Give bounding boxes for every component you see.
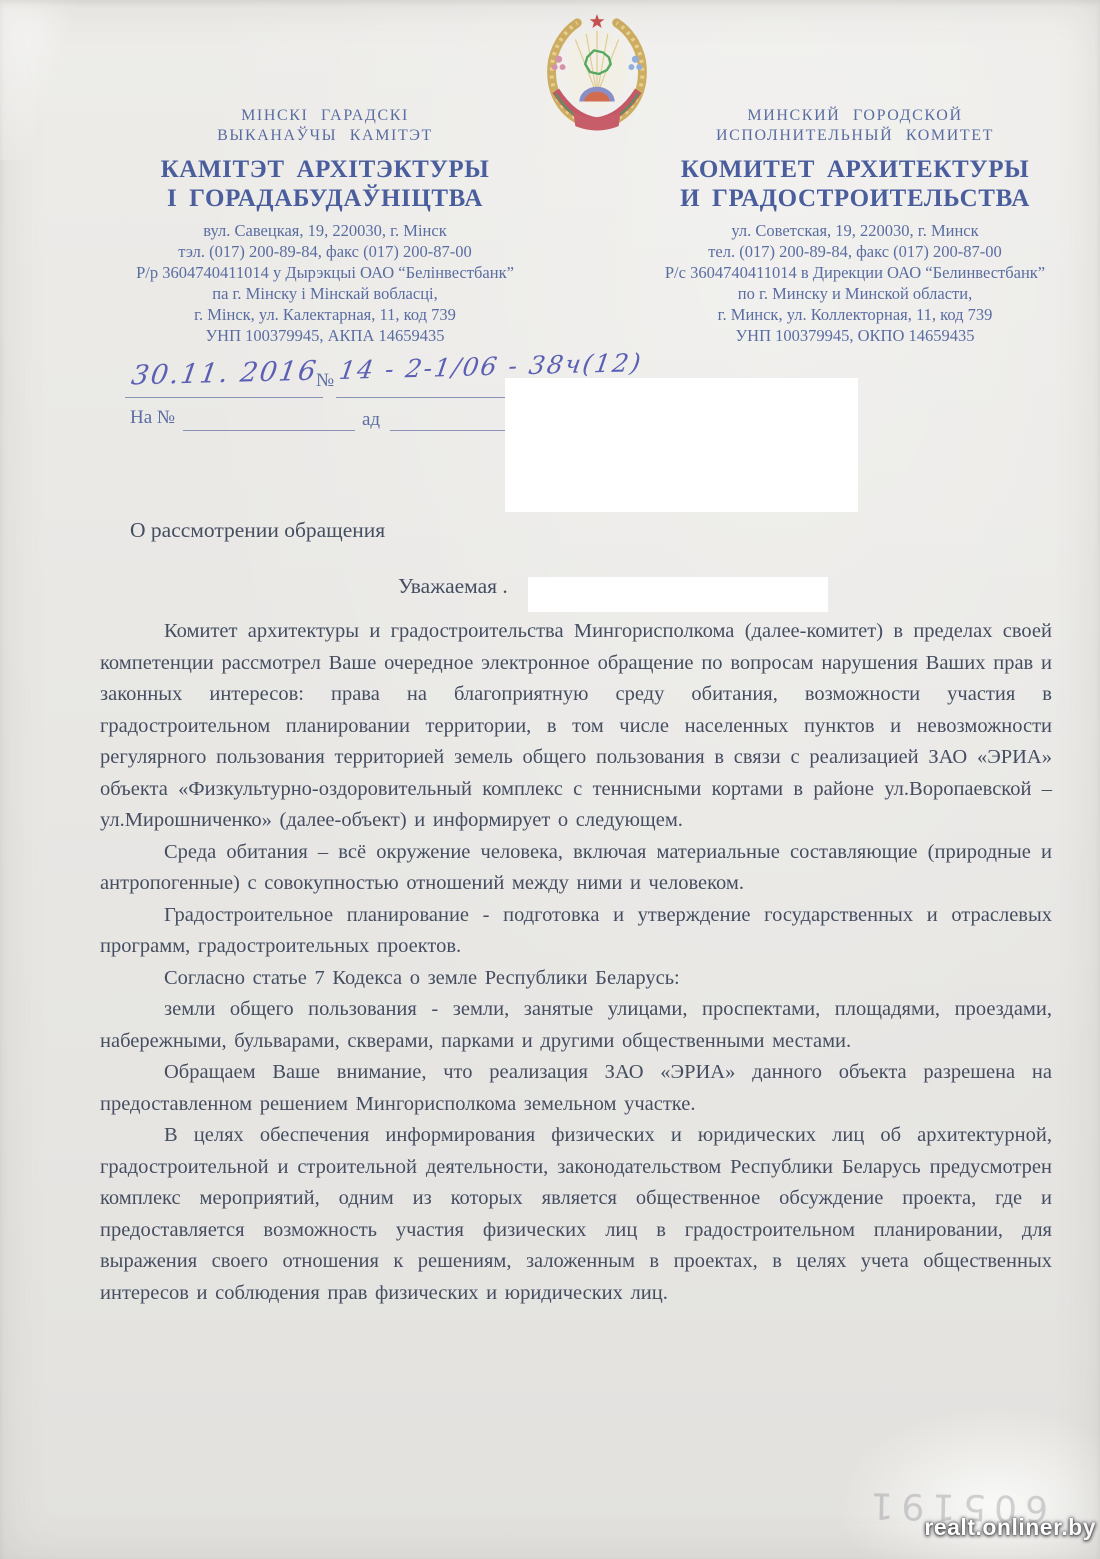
body-paragraph: Согласно статье 7 Кодекса о земле Респуб… xyxy=(100,963,1052,995)
address-line: г. Минск, ул. Коллекторная, 11, код 739 xyxy=(618,304,1092,325)
redaction-box xyxy=(528,577,828,612)
org-name-line: МІНСКІ ГАРАДСКІ xyxy=(88,106,562,126)
address-block: вул. Савецкая, 19, 220030, г. Мінск тэл.… xyxy=(88,220,562,346)
committee-title-line: КАМІТЭТ АРХІТЭКТУРЫ xyxy=(88,155,562,184)
body-paragraph: земли общего пользования - земли, заняты… xyxy=(100,994,1052,1057)
address-line: па г. Мінску і Мінскай вобласці, xyxy=(88,283,562,304)
address-line: тэл. (017) 200-89-84, факс (017) 200-87-… xyxy=(88,241,562,262)
org-name-line: ИСПОЛНИТЕЛЬНЫЙ КОМИТЕТ xyxy=(618,126,1092,146)
address-line: УНП 100379945, АКПА 14659435 xyxy=(88,325,562,346)
subject-line: О рассмотрении обращения xyxy=(130,518,385,543)
address-line: ул. Советская, 19, 220030, г. Минск xyxy=(618,220,1092,241)
outgoing-number-label: № xyxy=(316,370,334,392)
address-line: вул. Савецкая, 19, 220030, г. Мінск xyxy=(88,220,562,241)
address-line: УНП 100379945, ОКПО 14659435 xyxy=(618,325,1092,346)
address-block: ул. Советская, 19, 220030, г. Минск тел.… xyxy=(618,220,1092,346)
letterhead-russian: МИНСКИЙ ГОРОДСКОЙ ИСПОЛНИТЕЛЬНЫЙ КОМИТЕТ… xyxy=(618,106,1092,346)
org-name-line: ВЫКАНАЎЧЫ КАМІТЭТ xyxy=(88,126,562,146)
committee-title-line: И ГРАДОСТРОИТЕЛЬСТВА xyxy=(618,184,1092,213)
committee-title-line: І ГОРАДАБУДАЎНІЦТВА xyxy=(88,184,562,213)
body-paragraph: Обращаем Ваше внимание, что реализация З… xyxy=(100,1057,1052,1120)
body-paragraph: В целях обеспечения информирования физич… xyxy=(100,1120,1052,1309)
watermark: realt.onliner.by xyxy=(924,1514,1096,1541)
reply-to-label: На № xyxy=(130,407,175,429)
address-line: г. Мінск, ул. Калектарная, 11, код 739 xyxy=(88,304,562,325)
address-line: по г. Минску и Минской области, xyxy=(618,283,1092,304)
outgoing-date-handwritten: 30.11. 2016 xyxy=(129,356,320,392)
address-line: Р/р 3604740411014 у Дырэкцыі ОАО “Белінв… xyxy=(88,262,562,283)
body-paragraph: Комитет архитектуры и градостроительства… xyxy=(100,616,1052,837)
reply-to-underline xyxy=(183,430,355,431)
org-name-line: МИНСКИЙ ГОРОДСКОЙ xyxy=(618,106,1092,126)
body-paragraph: Градостроительное планирование - подгото… xyxy=(100,900,1052,963)
letterhead-belarusian: МІНСКІ ГАРАДСКІ ВЫКАНАЎЧЫ КАМІТЭТ КАМІТЭ… xyxy=(88,106,562,346)
scanned-letter-page: { "colors": { "paper": "#e9e8e5", "heade… xyxy=(0,0,1100,1559)
scan-light-corner xyxy=(0,0,95,160)
from-underline xyxy=(390,430,506,431)
salutation: Уважаемая . xyxy=(398,574,508,599)
date-underline xyxy=(125,397,323,398)
address-line: Р/с 3604740411014 в Дирекции ОАО “Белинв… xyxy=(618,262,1092,283)
body-paragraph: Среда обитания – всё окружение человека,… xyxy=(100,837,1052,900)
letter-body: Комитет архитектуры и градостроительства… xyxy=(100,616,1052,1309)
from-label: ад xyxy=(362,409,380,431)
redaction-box xyxy=(505,378,858,512)
committee-title-line: КОМИТЕТ АРХИТЕКТУРЫ xyxy=(618,155,1092,184)
address-line: тел. (017) 200-89-84, факс (017) 200-87-… xyxy=(618,241,1092,262)
